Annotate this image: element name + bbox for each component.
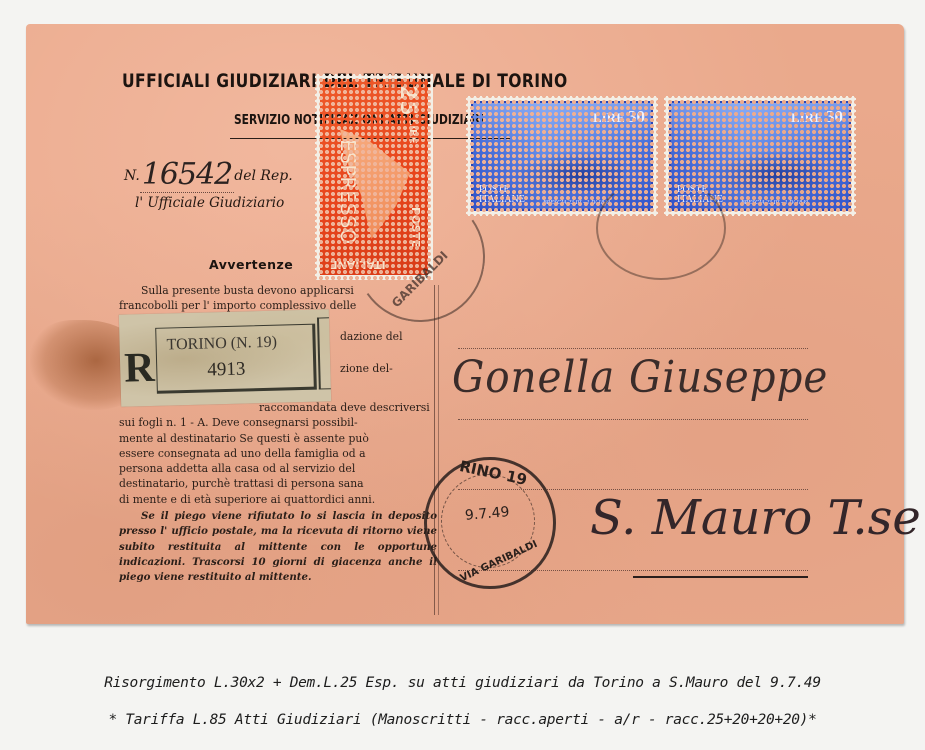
recipient-city: S. Mauro T.se (590, 490, 921, 546)
notice-fragment: dazione del (340, 330, 403, 343)
vertical-divider (434, 285, 435, 615)
caption-line-1: Risorgimento L.30x2 + Dem.L.25 Esp. su a… (0, 675, 925, 691)
address-line (458, 348, 808, 349)
notice-paragraph-3: Se il piego viene rifiutato lo si lascia… (119, 509, 437, 585)
notice-line: persona addetta alla casa od al servizio… (119, 461, 437, 476)
repertory-number-line: N.16542del Rep. (124, 153, 293, 189)
city-underline (633, 576, 808, 578)
rep-number-handwritten: 16542 (140, 157, 234, 193)
registration-number: 4913 (207, 358, 246, 381)
notice-paragraph-2: raccomandata deve descriversi sui fogli … (119, 400, 437, 586)
address-line (458, 419, 808, 420)
registration-label: R TORINO (N. 19) 4913 (119, 309, 331, 406)
stamp-value: LIRE 30 (791, 107, 843, 127)
officer-label: l' Ufficiale Giudiziario (135, 195, 284, 211)
notice-line: mente al destinatario Se questi è assent… (119, 431, 437, 446)
battle-scene-icon (711, 151, 821, 191)
registration-letter: R (124, 344, 156, 393)
stamp-caption: BRESCIA 23 III - 1 IV 1849 (543, 200, 610, 206)
notice-title: Avvertenze (209, 257, 293, 272)
recipient-name: Gonella Giuseppe (452, 352, 828, 403)
stamp-value: LIRE 30 (593, 107, 645, 127)
registration-box: TORINO (N. 19) 4913 (155, 324, 317, 394)
notice-line: di mente e di età superiore ai quattordi… (119, 492, 437, 507)
rep-suffix: del Rep. (234, 168, 292, 184)
address-line (458, 570, 808, 571)
notice-line: essere consegnata ad uno della famiglia … (119, 446, 437, 461)
stamp-poste: POSTEITALIANE (479, 185, 525, 205)
stamp-caption: BRESCIA 23 III - 1 IV 1849 (741, 200, 808, 206)
registration-stub (317, 317, 331, 389)
stamp-unit: LIRE (407, 119, 418, 144)
battle-scene-icon (513, 151, 623, 191)
stamp-value: 25 (395, 85, 420, 116)
postmark-text: GARIBALDI (389, 248, 451, 310)
caption-line-2: * Tariffa L.85 Atti Giudiziari (Manoscri… (0, 712, 925, 728)
postmark-via (596, 176, 726, 280)
notice-line: destinatario, purchè trattasi di persona… (119, 476, 437, 491)
rep-prefix: N. (124, 168, 140, 184)
registration-office: TORINO (N. 19) (166, 334, 277, 355)
stamp-word: ESPRESSO (336, 139, 360, 244)
notice-line: sui fogli n. 1 - A. Deve consegnarsi pos… (119, 415, 437, 430)
notice-fragment: zione del- (340, 362, 393, 375)
